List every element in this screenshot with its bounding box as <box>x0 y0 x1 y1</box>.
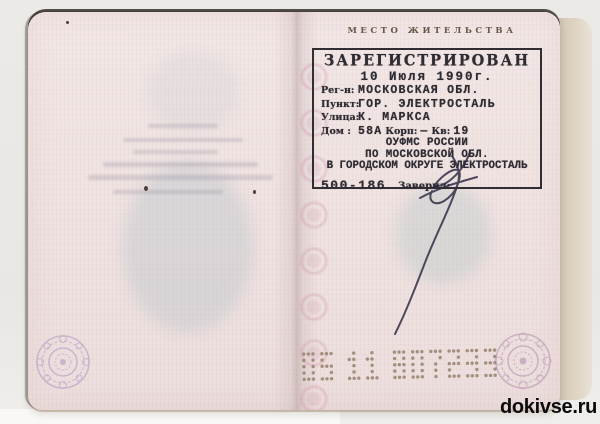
bleed-through-text <box>88 175 273 180</box>
bleed-through-text <box>148 124 218 128</box>
scan-speck <box>144 186 148 191</box>
page-title: МЕСТО ЖИТЕЛЬСТВА <box>334 26 530 36</box>
bleed-through-text <box>123 138 243 142</box>
stamp-row-city: Пункт: ГОР. ЭЛЕКТРОСТАЛЬ <box>321 99 535 112</box>
watermark-blob <box>148 52 238 132</box>
perforation-number <box>302 346 509 391</box>
city-value: ГОР. ЭЛЕКТРОСТАЛЬ <box>358 99 496 112</box>
bleed-through-text <box>113 190 223 194</box>
authority-line: В ГОРОДСКОМ ОКРУГЕ ЭЛЕКТРОСТАЛЬ <box>319 161 535 173</box>
stamp-row-region: Рег-н: МОСКОВСКАЯ ОБЛ. <box>321 85 535 98</box>
authority-line: ОУФМС РОССИИ <box>319 138 535 150</box>
street-label: Улица: <box>321 112 358 125</box>
stamp-bottom-row: 500-186 Заверил: <box>321 178 535 193</box>
registration-stamp: ЗАРЕГИСТРИРОВАН 10 Июля 1990г. Рег-н: МО… <box>312 48 542 189</box>
house-value: 58А <box>358 126 382 139</box>
bleed-through-text <box>103 162 258 167</box>
watermark-blob <box>396 184 491 284</box>
city-label: Пункт: <box>321 99 358 112</box>
stamp-code: 500-186 <box>321 178 386 193</box>
rosette-ornament <box>33 332 93 392</box>
scan-speck <box>253 190 256 194</box>
region-label: Рег-н: <box>321 85 358 98</box>
region-value: МОСКОВСКАЯ ОБЛ. <box>358 85 480 98</box>
street-value: К. МАРКСА <box>358 112 431 125</box>
passport-spread: МЕСТО ЖИТЕЛЬСТВА ЗАРЕГИСТРИРОВАН 10 Июля… <box>28 12 560 410</box>
stamp-title: ЗАРЕГИСТРИРОВАН <box>319 51 535 69</box>
watermark-blob <box>123 162 253 332</box>
certified-by-label: Заверил: <box>398 181 450 192</box>
site-watermark: dokivse.ru <box>500 396 597 419</box>
scanned-passport-photo: МЕСТО ЖИТЕЛЬСТВА ЗАРЕГИСТРИРОВАН 10 Июля… <box>0 0 600 424</box>
house-label: Дом : <box>321 126 358 139</box>
scan-background-strip <box>0 409 340 424</box>
bleed-through-text <box>133 150 218 154</box>
scan-speck <box>66 21 69 24</box>
stamp-row-street: Улица: К. МАРКСА <box>321 112 535 125</box>
passport-left-page <box>28 12 296 410</box>
stamp-date: 10 Июля 1990г. <box>319 70 535 84</box>
passport-right-page: МЕСТО ЖИТЕЛЬСТВА ЗАРЕГИСТРИРОВАН 10 Июля… <box>296 12 560 410</box>
